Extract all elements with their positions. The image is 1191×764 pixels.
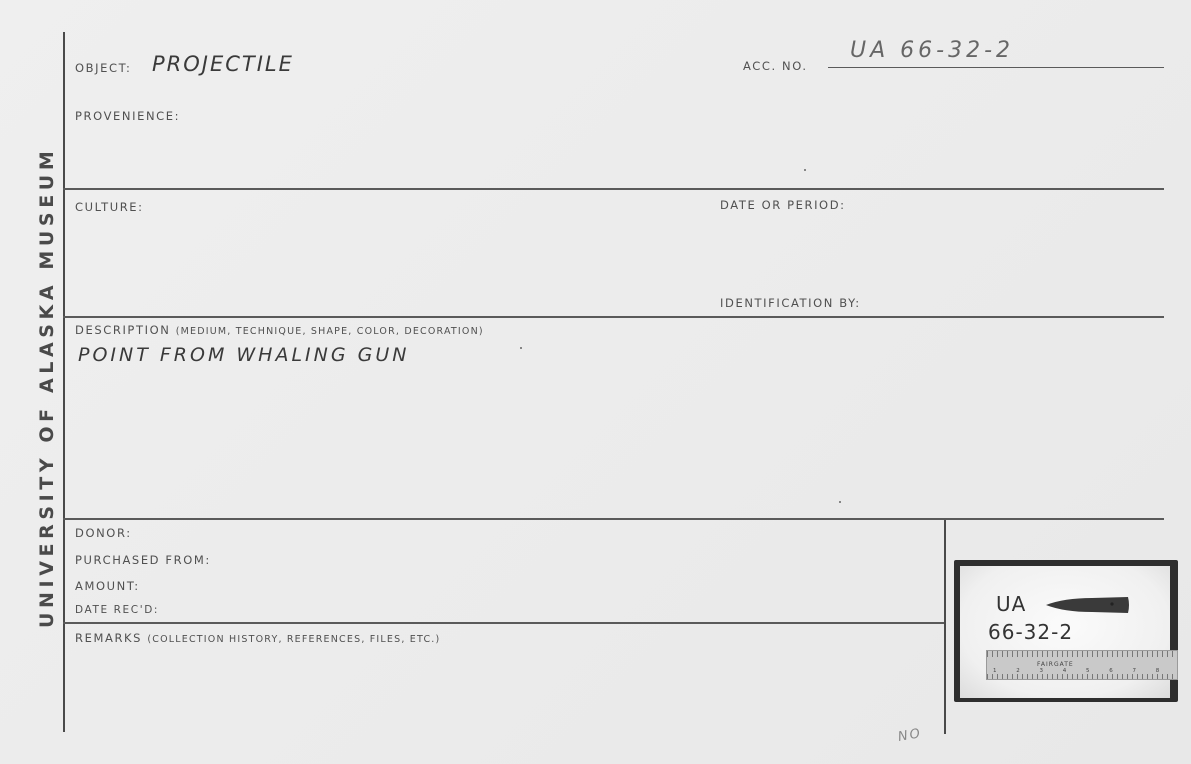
- catalog-card: UNIVERSITY OF ALASKA MUSEUM OBJECT: PROJ…: [0, 0, 1191, 764]
- ruler-numbers: 1 2 3 4 5 6 7 8: [993, 668, 1168, 674]
- divider-provenience: [63, 188, 1164, 190]
- divider-acquisition: [63, 622, 944, 624]
- object-value[interactable]: PROJECTILE: [152, 52, 294, 76]
- ruler-brand: FAIRGATE: [1037, 661, 1074, 668]
- artifact-photo[interactable]: UA 66-32-2 FAIRGATE 1 2 3 4 5 6 7 8: [954, 560, 1178, 702]
- photo-label-line2: 66-32-2: [988, 620, 1073, 644]
- scale-ruler: FAIRGATE 1 2 3 4 5 6 7 8: [986, 650, 1178, 680]
- institution-title: UNIVERSITY OF ALASKA MUSEUM: [36, 147, 58, 628]
- identification-by-label: IDENTIFICATION BY:: [720, 296, 861, 310]
- description-label: DESCRIPTION (MEDIUM, TECHNIQUE, SHAPE, C…: [75, 323, 484, 337]
- purchased-from-label: PURCHASED FROM:: [75, 553, 211, 567]
- margin-note: NO: [897, 726, 923, 745]
- photo-background: UA 66-32-2 FAIRGATE 1 2 3 4 5 6 7 8: [960, 566, 1170, 698]
- projectile-point-icon: [1046, 595, 1130, 615]
- description-value[interactable]: POINT FROM WHALING GUN: [78, 344, 409, 366]
- left-border-line: [63, 32, 65, 732]
- description-label-main: DESCRIPTION: [75, 323, 170, 337]
- paper-speck: [804, 169, 806, 171]
- amount-label: AMOUNT:: [75, 579, 140, 593]
- paper-speck: [520, 347, 522, 349]
- provenience-label: PROVENIENCE:: [75, 109, 180, 123]
- date-or-period-label: DATE OR PERIOD:: [720, 198, 846, 212]
- divider-culture: [63, 316, 1164, 318]
- remarks-label-main: REMARKS: [75, 631, 142, 645]
- acc-no-label: ACC. NO.: [743, 59, 808, 73]
- object-label: OBJECT:: [75, 61, 131, 75]
- photo-label-line1: UA: [996, 592, 1026, 616]
- acc-no-underline: [828, 67, 1164, 68]
- divider-description: [63, 518, 1164, 520]
- remarks-label: REMARKS (COLLECTION HISTORY, REFERENCES,…: [75, 631, 440, 645]
- donor-label: DONOR:: [75, 526, 132, 540]
- date-recd-label: DATE REC'D:: [75, 604, 159, 616]
- paper-speck: [839, 501, 841, 503]
- photo-column-divider: [944, 518, 946, 734]
- acc-no-value[interactable]: UA 66-32-2: [850, 38, 1014, 63]
- remarks-label-hint: (COLLECTION HISTORY, REFERENCES, FILES, …: [147, 634, 440, 645]
- description-label-hint: (MEDIUM, TECHNIQUE, SHAPE, COLOR, DECORA…: [176, 326, 484, 337]
- culture-label: CULTURE:: [75, 200, 144, 214]
